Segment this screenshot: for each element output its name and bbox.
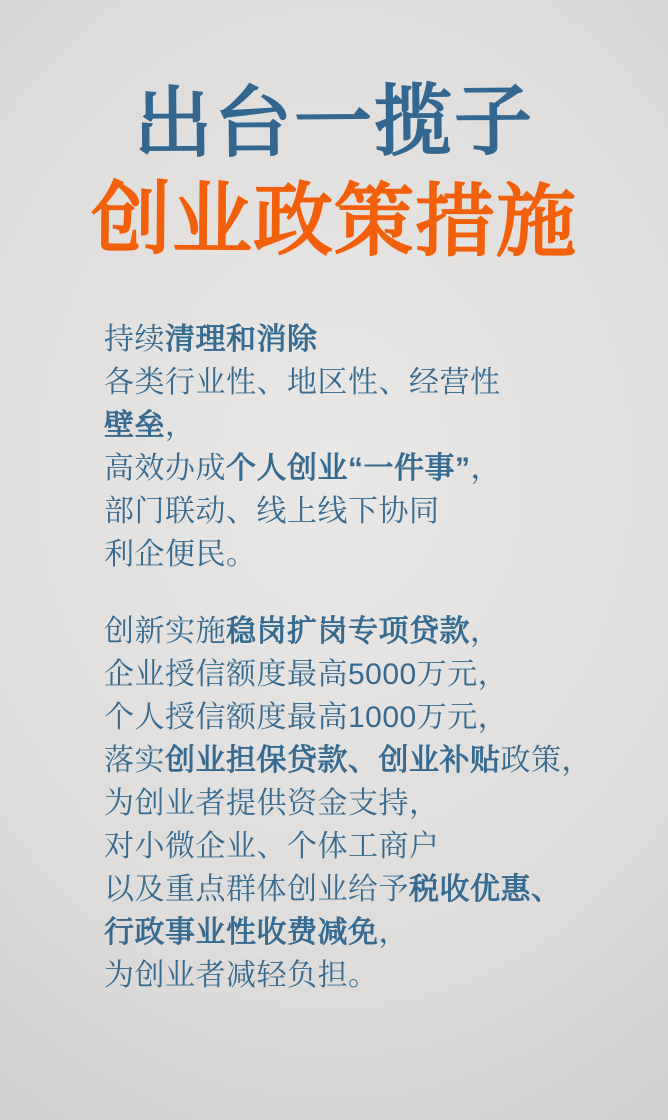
emphasis-text: 行政事业性收费减免 (104, 916, 379, 949)
emphasis-text: 个人创业“一件事” (226, 452, 471, 485)
text-line: 高效办成个人创业“一件事”， (104, 447, 638, 490)
text-line: 各类行业性、地区性、经营性 (104, 361, 638, 404)
text-line: 创新实施稳岗扩岗专项贷款， (104, 610, 638, 653)
text-line: 企业授信额度最高5000万元， (104, 653, 638, 696)
text-line: 个人授信额度最高1000万元， (104, 696, 638, 739)
text-line: 以及重点群体创业给予税收优惠、 (104, 868, 638, 911)
plain-text: 为创业者提供资金支持， (104, 787, 440, 820)
plain-text: 部门联动、线上线下协同 (104, 495, 440, 528)
plain-text: ， (471, 452, 502, 485)
title-line-2: 创业政策措施 (0, 172, 668, 271)
body-paragraph-1: 持续清理和消除各类行业性、地区性、经营性壁垒，高效办成个人创业“一件事”，部门联… (104, 318, 638, 576)
plain-text: 政策， (501, 744, 593, 777)
emphasis-text: 创业担保贷款、创业补贴 (165, 744, 501, 777)
plain-text: ， (379, 916, 410, 949)
plain-text: 高效办成 (104, 452, 226, 485)
emphasis-text: 税收优惠、 (409, 873, 562, 906)
plain-text: 持续 (104, 323, 165, 356)
plain-text: 个人授信额度最高1000万元， (104, 701, 508, 734)
emphasis-text: 壁垒 (104, 409, 165, 442)
plain-text: 各类行业性、地区性、经营性 (104, 366, 501, 399)
plain-text: 落实 (104, 744, 165, 777)
text-line: 利企便民。 (104, 533, 638, 576)
poster-title: 出台一揽子 创业政策措施 (0, 0, 668, 268)
text-line: 为创业者减轻负担。 (104, 954, 638, 997)
emphasis-text: 清理和消除 (165, 323, 318, 356)
text-line: 对小微企业、个体工商户 (104, 825, 638, 868)
text-line: 部门联动、线上线下协同 (104, 490, 638, 533)
title-line-1: 出台一揽子 (0, 75, 668, 169)
text-line: 行政事业性收费减免， (104, 911, 638, 954)
plain-text: 企业授信额度最高5000万元， (104, 658, 508, 691)
text-line: 壁垒， (104, 404, 638, 447)
plain-text: 利企便民。 (104, 538, 257, 571)
text-line: 为创业者提供资金支持， (104, 782, 638, 825)
body-text: 持续清理和消除各类行业性、地区性、经营性壁垒，高效办成个人创业“一件事”，部门联… (0, 318, 668, 997)
plain-text: ， (165, 409, 196, 442)
poster: 出台一揽子 创业政策措施 持续清理和消除各类行业性、地区性、经营性壁垒，高效办成… (0, 0, 668, 1120)
plain-text: ， (470, 615, 501, 648)
emphasis-text: 稳岗扩岗专项贷款 (226, 615, 470, 648)
plain-text: 对小微企业、个体工商户 (104, 830, 440, 863)
plain-text: 以及重点群体创业给予 (104, 873, 409, 906)
text-line: 落实创业担保贷款、创业补贴政策， (104, 739, 638, 782)
text-line: 持续清理和消除 (104, 318, 638, 361)
plain-text: 为创业者减轻负担。 (104, 959, 379, 992)
plain-text: 创新实施 (104, 615, 226, 648)
body-paragraph-2: 创新实施稳岗扩岗专项贷款，企业授信额度最高5000万元，个人授信额度最高1000… (104, 610, 638, 997)
